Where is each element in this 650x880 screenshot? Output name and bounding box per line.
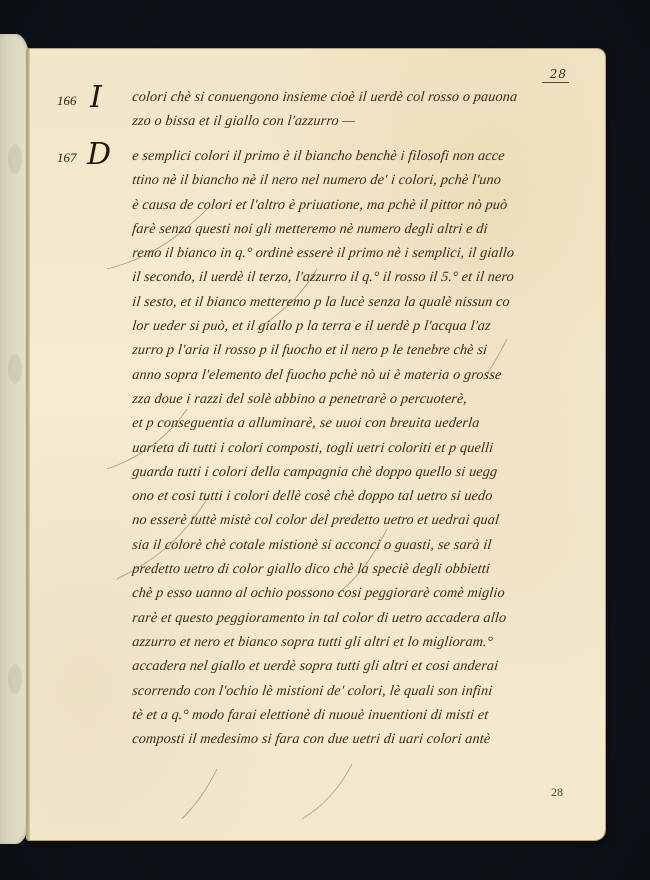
text-line: scorrendo con l'ochio lè mistioni de' co… (131, 679, 589, 703)
text-line: il sesto, et il bianco metteremo p la lu… (131, 290, 589, 314)
paragraph-number: 167 (57, 150, 77, 166)
opposite-page-edge (0, 34, 30, 844)
text-line: zzo o bissa et il giallo con l'azzurro — (131, 109, 589, 133)
text-line: no esserè tuttè mistè col color del pred… (131, 508, 589, 532)
text-line: accadera nel giallo et uerdè sopra tutti… (131, 654, 589, 678)
manuscript-folio: 28 166 I colori chè si conuengono insiem… (27, 49, 605, 840)
text-line: il secondo, il uerdè il terzo, l'azzurro… (131, 265, 589, 289)
paragraph-number: 166 (57, 93, 77, 109)
text-line: predetto uetro di color giallo dico chè … (131, 557, 589, 581)
text-line: colori chè si conuengono insieme cioè il… (131, 85, 589, 109)
folio-number-handwritten: 28 (542, 67, 569, 83)
text-line: sia il colorè chè cotale mistionè si acc… (131, 533, 589, 557)
bleed-through-mark (8, 664, 22, 694)
text-line: et p conseguentia a alluminarè, se uuoi … (131, 411, 589, 435)
image-viewer-background: 28 166 I colori chè si conuengono insiem… (0, 0, 650, 880)
text-line: e semplici colori il primo è il biancho … (131, 144, 589, 168)
text-line: tè et a q.° modo farai elettionè di nuou… (131, 703, 589, 727)
text-line: farè senza questi noi gli metteremo nè n… (131, 217, 589, 241)
gutter-edge (27, 49, 30, 840)
paragraph-text: colori chè si conuengono insieme cioè il… (131, 85, 586, 134)
text-line: uarieta di tutti i colori composti, togl… (131, 436, 589, 460)
text-line: anno sopra l'elemento del fuocho pchè nò… (131, 363, 589, 387)
text-line: zza doue i razzi del solè abbino a penet… (131, 387, 589, 411)
bleed-through-mark (8, 354, 22, 384)
text-line: remo il bianco in q.° ordinè esserè il p… (131, 241, 589, 265)
text-line: è causa de colori et l'altro è priuation… (131, 193, 589, 217)
text-line: chè p esso uanno al ochio possono cosi p… (131, 581, 589, 605)
paragraph-text: e semplici colori il primo è il biancho … (131, 144, 586, 751)
bleed-through-mark (8, 144, 22, 174)
folio-number-stamped: 28 (551, 785, 563, 800)
text-line: azzurro et nero et bianco sopra tutti gl… (131, 630, 589, 654)
text-line: composti il medesimo si fara con due uet… (131, 727, 589, 751)
text-line: guarda tutti i colori della campagnia ch… (131, 460, 589, 484)
text-line: ttino nè il biancho nè il nero nel numer… (131, 168, 589, 192)
text-line: ono et cosi tutti i colori dellè cosè ch… (131, 484, 589, 508)
text-line: zurro p l'aria il rosso p il fuocho et i… (131, 338, 589, 362)
text-line: lor ueder si può, et il giallo p la terr… (131, 314, 589, 338)
decorated-initial-d: D (87, 140, 111, 170)
text-line: rarè et questo peggioramento in tal colo… (131, 606, 589, 630)
decorated-initial-i: I (90, 83, 102, 113)
